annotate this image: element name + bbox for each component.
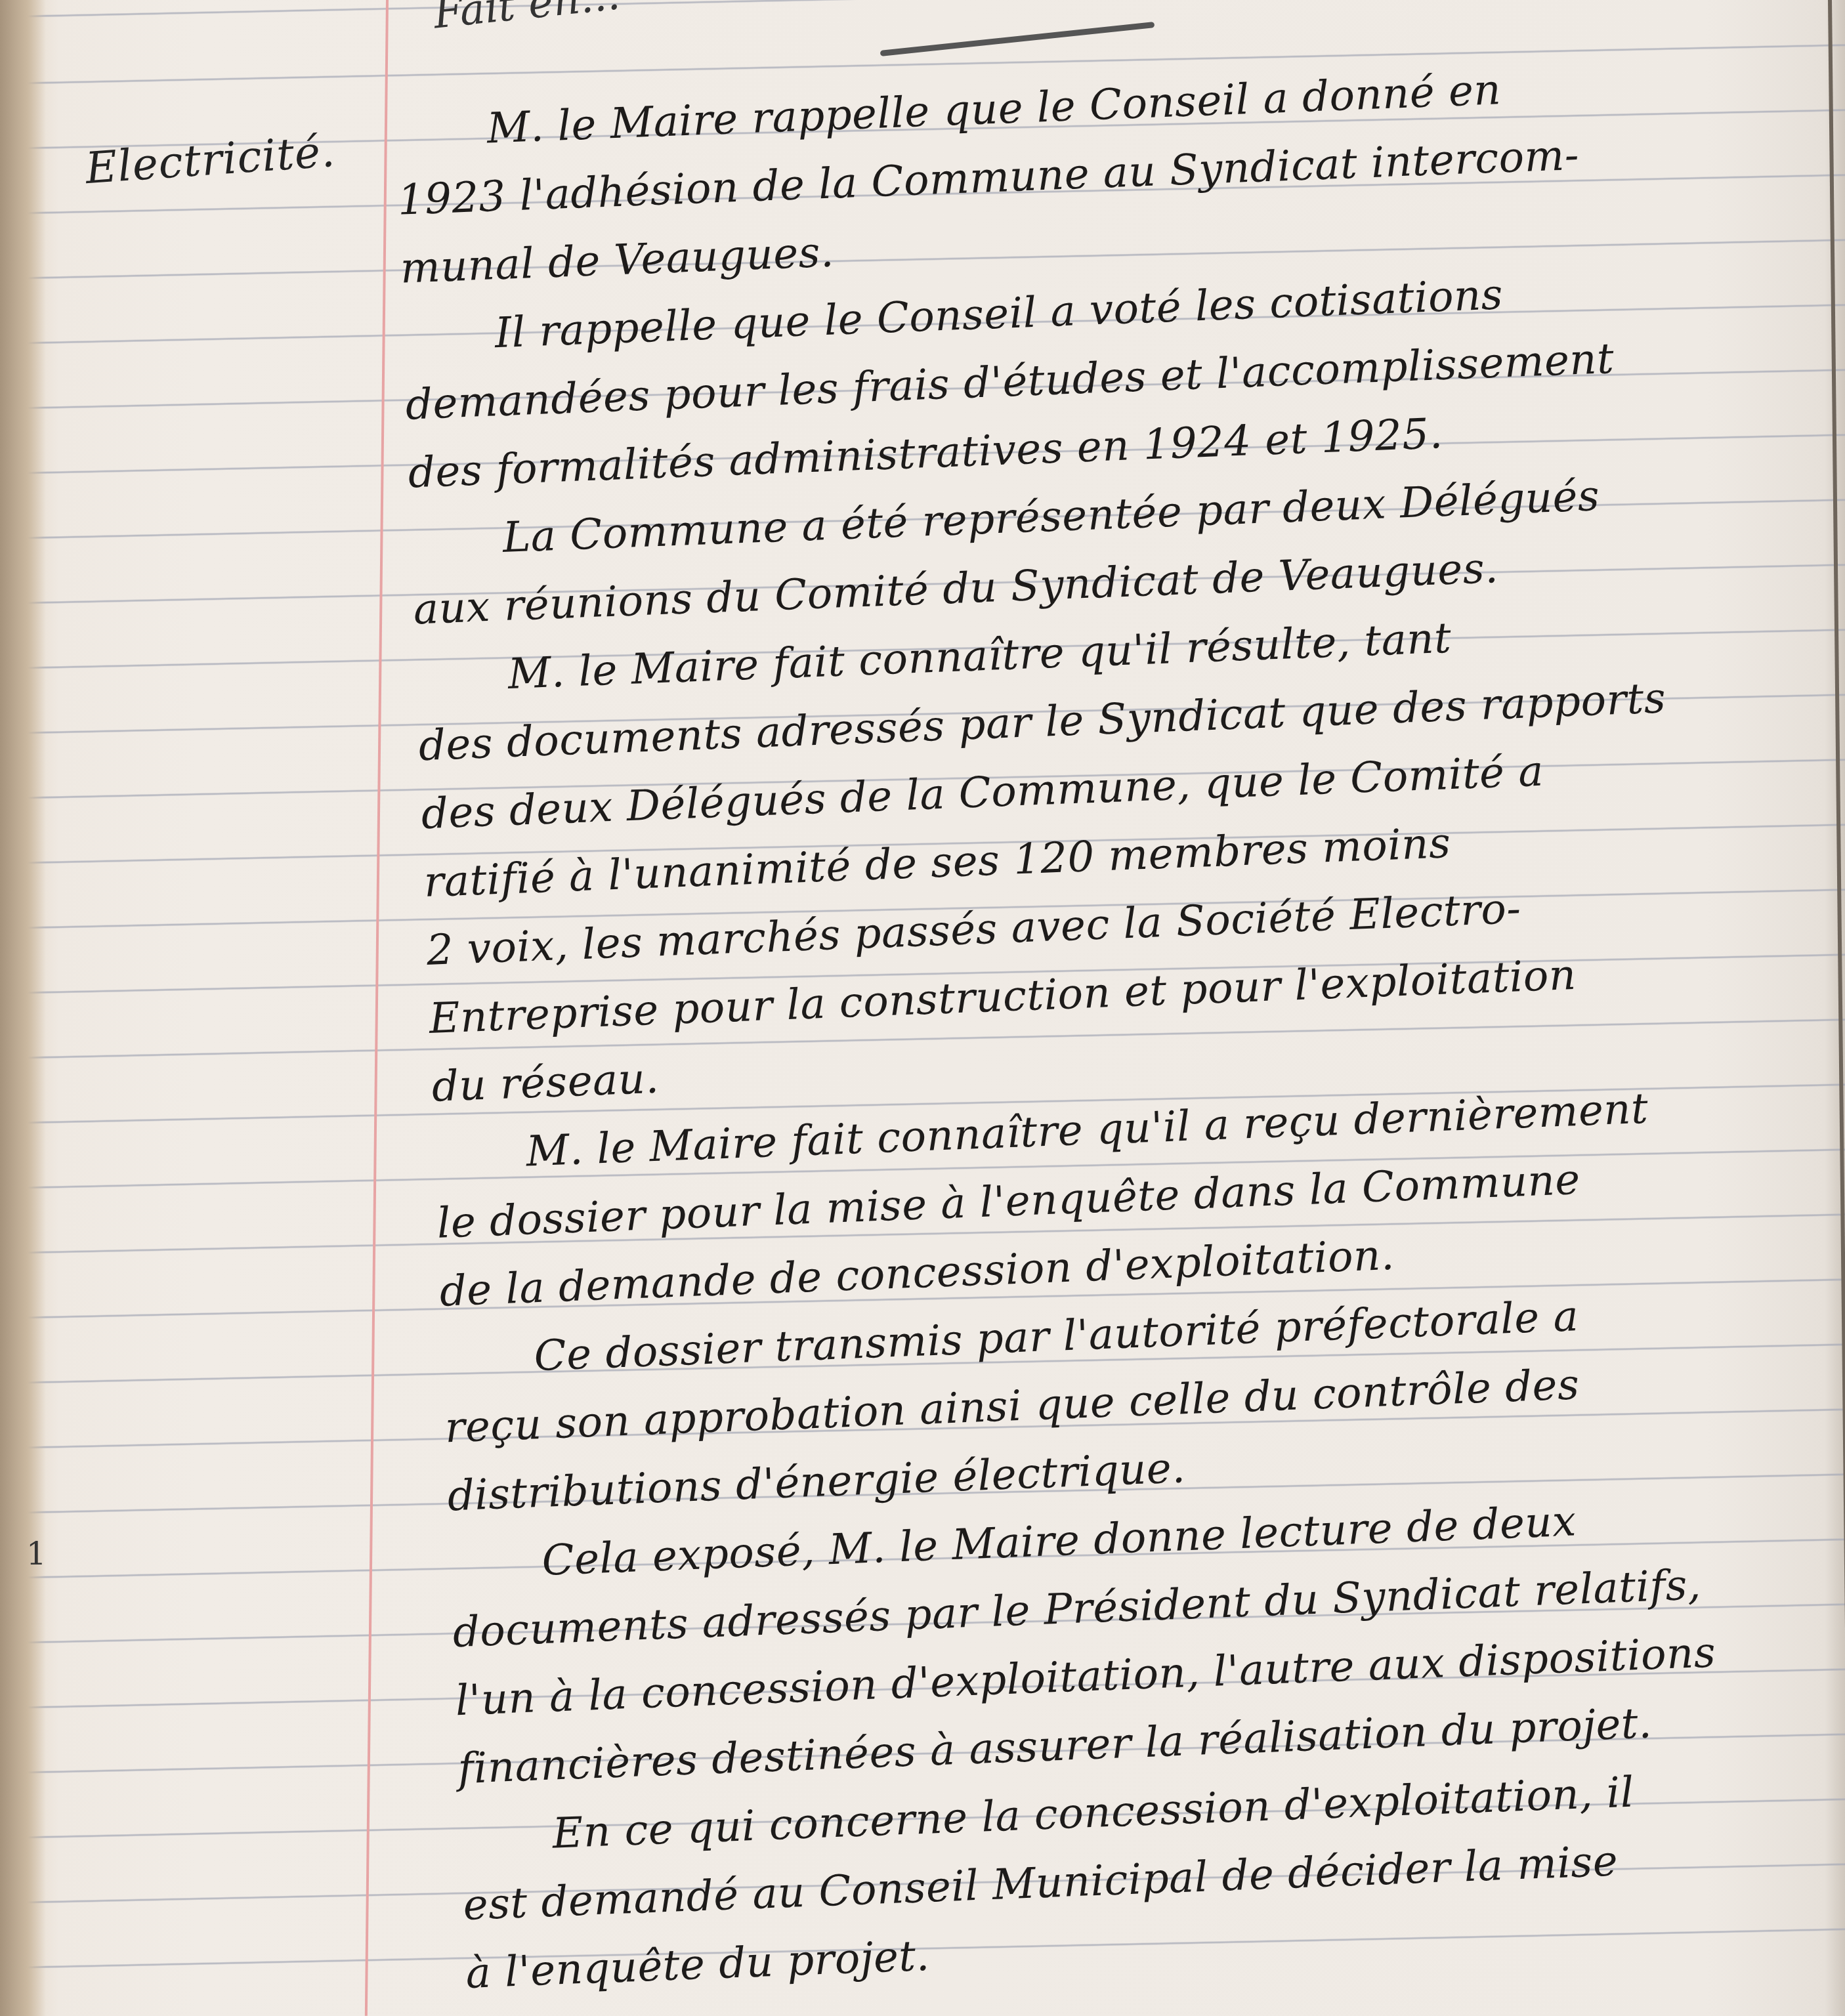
minutes-body: M. le Maire rappelle que le Conseil a do…	[394, 45, 1845, 2008]
margin-mark: 1	[26, 1536, 47, 1572]
book-binding	[0, 0, 46, 2016]
register-page: Fait en... Electricité. 1 M. le Maire ra…	[0, 0, 1845, 2016]
